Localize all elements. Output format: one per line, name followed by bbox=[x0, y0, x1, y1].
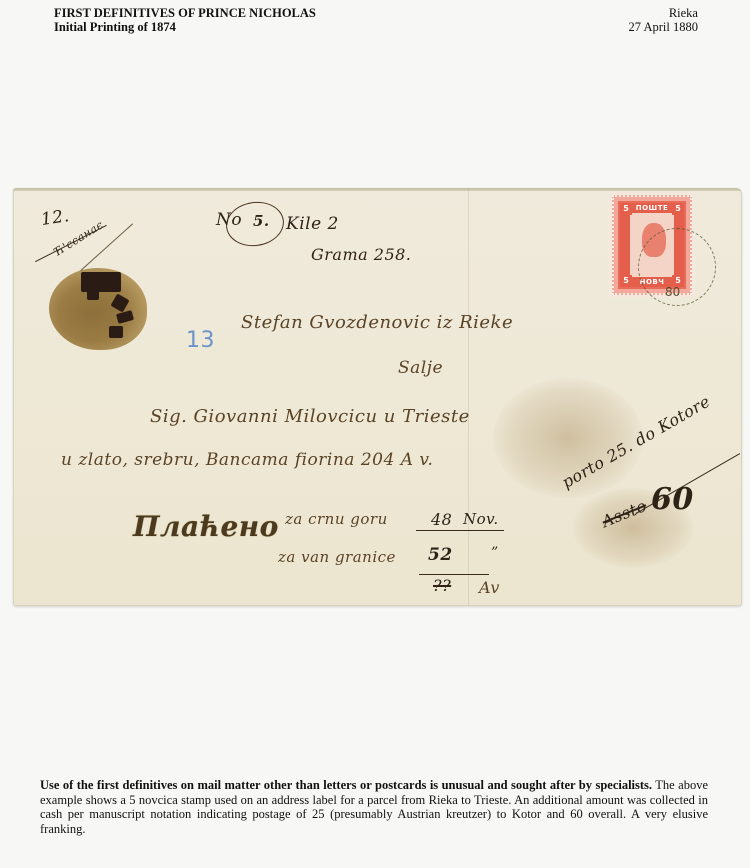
stamp-top-text: ПОШТЕ bbox=[632, 203, 672, 213]
page-subtitle: Initial Printing of 1874 bbox=[54, 20, 316, 34]
page-header-left: FIRST DEFINITIVES OF PRINCE NICHOLAS Ini… bbox=[54, 6, 316, 34]
number-prefix: No bbox=[216, 210, 242, 230]
total-struck: ?? bbox=[433, 576, 451, 595]
description-caption: Use of the first definitives on mail mat… bbox=[40, 778, 708, 836]
salje-line: Salje bbox=[398, 358, 443, 378]
paid-handstamp: Плаћено bbox=[133, 510, 279, 543]
contents-line: u zlato, srebru, Bancama fiorina 204 A v… bbox=[61, 450, 433, 470]
weight-kile: Kile 2 bbox=[286, 214, 339, 234]
page-header-right: Rieka 27 April 1880 bbox=[629, 6, 698, 34]
page-title: FIRST DEFINITIVES OF PRINCE NICHOLAS bbox=[54, 6, 316, 20]
ditto-mark: ” bbox=[491, 545, 499, 561]
corner-note-number: 12. bbox=[40, 206, 71, 230]
sender-line: Stefan Gvozdenovic iz Rieke bbox=[241, 312, 513, 333]
porto-total: 60 bbox=[651, 482, 694, 517]
blue-pencil-mark: 13 bbox=[186, 328, 215, 353]
total-suffix: Av bbox=[479, 578, 500, 597]
stamp-value: 5 bbox=[620, 203, 632, 215]
sum-line bbox=[419, 574, 489, 575]
amount-crnu-gora: 48 bbox=[431, 510, 452, 529]
weight-grama: Grama 258. bbox=[311, 245, 411, 264]
line-crnu-gora: za crnu goru bbox=[285, 510, 388, 528]
caption-bold: Use of the first definitives on mail mat… bbox=[40, 778, 652, 792]
fold-line bbox=[468, 188, 469, 606]
recipient-line: Sig. Giovanni Milovcicu u Trieste bbox=[150, 406, 470, 427]
wax-seal bbox=[49, 268, 147, 350]
parcel-number: 5. bbox=[253, 212, 270, 230]
postmark-year: 80 bbox=[665, 285, 680, 299]
parcel-address-label: 12. Ћ'ссанає No 5. Kile 2 Grama 258. ПОШ… bbox=[13, 188, 742, 606]
date-label: 27 April 1880 bbox=[629, 20, 698, 34]
amount-underline bbox=[416, 530, 504, 531]
unit-nov: Nov. bbox=[463, 510, 499, 528]
amount-van-granice: 52 bbox=[428, 545, 453, 565]
place-label: Rieka bbox=[629, 6, 698, 20]
line-van-granice: za van granice bbox=[278, 548, 396, 566]
